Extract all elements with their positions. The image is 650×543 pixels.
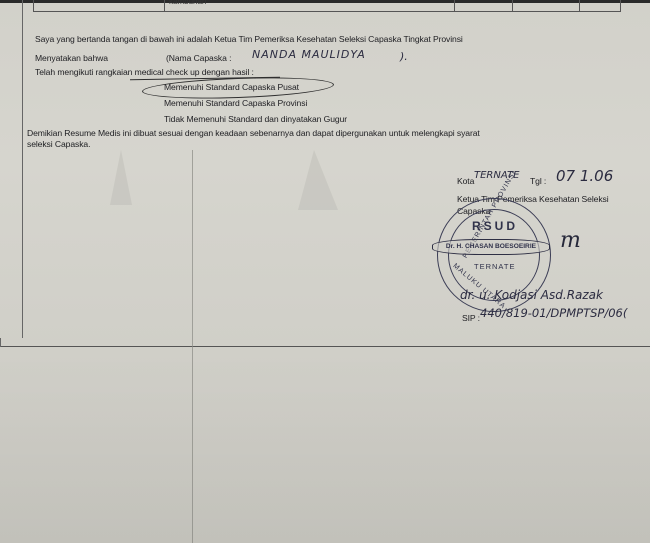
result-option-2: Memenuhi Standard Capaska Provinsi bbox=[164, 98, 307, 108]
stamp-hospital-name: Dr. H. CHASAN BOESOEIRIE bbox=[432, 239, 550, 255]
previous-table-row: kambuhan bbox=[33, 0, 621, 12]
stamp-city: TERNATE bbox=[474, 262, 515, 271]
candidate-name-handwritten: NANDA MAULIDYA bbox=[252, 48, 366, 61]
table-divider bbox=[454, 0, 455, 11]
document-photo: kambuhan Saya yang bertanda tangan di ba… bbox=[0, 0, 650, 543]
stamp-rsud: RSUD bbox=[472, 219, 518, 233]
sip-handwritten: 440/819-01/DPMPTSP/06( bbox=[480, 306, 627, 320]
lower-page-area bbox=[0, 347, 650, 543]
intro-line: Saya yang bertanda tangan di bawah ini a… bbox=[35, 34, 463, 44]
signature: m bbox=[560, 228, 581, 253]
sip-label: SIP : bbox=[462, 313, 480, 323]
date-handwritten: 07 1.06 bbox=[556, 167, 613, 185]
frame-left-border bbox=[22, 0, 23, 338]
result-option-3: Tidak Memenuhi Standard dan dinyatakan G… bbox=[164, 114, 347, 124]
signer-name-handwritten: dr. u. Kodjasi Asd.Razak bbox=[460, 288, 603, 302]
frame-corner bbox=[0, 338, 6, 347]
bleed-through-shape bbox=[298, 150, 338, 210]
place-label: Kota bbox=[457, 176, 474, 186]
checkup-line: Telah mengikuti rangkaian medical check … bbox=[35, 67, 254, 77]
candidate-label: (Nama Capaska : bbox=[166, 53, 231, 63]
date-label: Tgl : bbox=[530, 176, 546, 186]
candidate-close: ). bbox=[400, 50, 408, 63]
bleed-through-shape bbox=[110, 150, 132, 205]
table-cell-text: kambuhan bbox=[169, 0, 206, 6]
table-divider bbox=[512, 0, 513, 11]
table-divider bbox=[579, 0, 580, 11]
closing-line-2: seleksi Capaska. bbox=[27, 139, 90, 149]
table-divider bbox=[164, 0, 165, 11]
closing-line-1: Demikian Resume Medis ini dibuat sesuai … bbox=[27, 128, 480, 138]
declaration-label: Menyatakan bahwa bbox=[35, 53, 108, 63]
